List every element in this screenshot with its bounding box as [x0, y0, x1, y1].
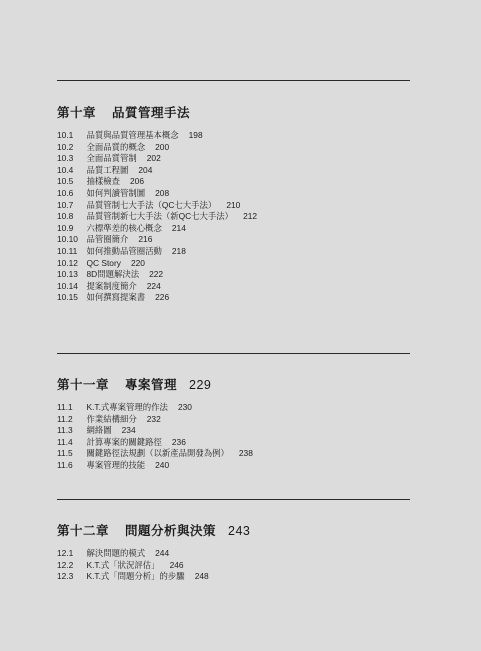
- section-title: 抽樣檢查: [87, 176, 121, 186]
- chapter-divider: [57, 353, 410, 354]
- chapter-number: 第十章: [57, 103, 96, 121]
- chapter-heading-12[interactable]: 第十二章問題分析與決策243: [57, 521, 250, 539]
- toc-item[interactable]: 12.1解決問題的模式244: [57, 548, 209, 560]
- section-number: 10.15: [57, 292, 87, 304]
- toc-item[interactable]: 12.3K.T.式「問題分析」的步驟248: [57, 571, 209, 583]
- section-page: 216: [138, 234, 152, 244]
- toc-item[interactable]: 11.2作業結構細分232: [57, 414, 253, 426]
- section-page: 248: [195, 571, 209, 581]
- section-number: 10.10: [57, 234, 87, 246]
- section-page: 238: [239, 448, 253, 458]
- section-number: 11.1: [57, 402, 87, 414]
- toc-item[interactable]: 10.1品質與品質管理基本概念198: [57, 130, 257, 142]
- section-number: 10.7: [57, 200, 87, 212]
- chapter-heading-11[interactable]: 第十一章專案管理229: [57, 375, 211, 393]
- section-page: 220: [131, 258, 145, 268]
- section-number: 11.6: [57, 460, 87, 472]
- chapter-heading-10[interactable]: 第十章品質管理手法: [57, 103, 190, 121]
- section-title: 計算專案的關鍵路徑: [87, 437, 162, 447]
- section-number: 11.2: [57, 414, 87, 426]
- section-number: 10.11: [57, 246, 87, 258]
- section-number: 11.3: [57, 425, 87, 437]
- section-page: 234: [122, 425, 136, 435]
- section-page: 208: [155, 188, 169, 198]
- toc-item[interactable]: 10.11如何推動品管圈活動218: [57, 246, 257, 258]
- section-title: K.T.式專案管理的作法: [87, 402, 168, 412]
- chapter-page: 243: [228, 524, 250, 538]
- section-page: 240: [155, 460, 169, 470]
- toc-item[interactable]: 10.5抽樣檢查206: [57, 176, 257, 188]
- section-page: 236: [172, 437, 186, 447]
- section-page: 226: [155, 292, 169, 302]
- section-number: 10.4: [57, 165, 87, 177]
- toc-item[interactable]: 11.4計算專案的關鍵路徑236: [57, 437, 253, 449]
- chapter-title: 問題分析與決策: [125, 524, 216, 538]
- toc-item[interactable]: 10.138D問題解決法222: [57, 269, 257, 281]
- toc-item[interactable]: 10.15如何撰寫提案書226: [57, 292, 257, 304]
- section-title: 品質工程圖: [87, 165, 129, 175]
- section-title: 專案管理的技能: [87, 460, 146, 470]
- toc-item[interactable]: 11.6專案管理的技能240: [57, 460, 253, 472]
- toc-item[interactable]: 10.3全面品質管制202: [57, 153, 257, 165]
- section-list-ch12: 12.1解決問題的模式244 12.2K.T.式「狀況評估」246 12.3K.…: [57, 548, 209, 583]
- section-title: 如何撰寫提案書: [87, 292, 146, 302]
- section-title: 提案制度簡介: [87, 281, 137, 291]
- section-title: K.T.式「問題分析」的步驟: [87, 571, 185, 581]
- section-title: 解決問題的模式: [87, 548, 146, 558]
- section-title: 品質與品質管理基本概念: [87, 130, 179, 140]
- section-number: 10.9: [57, 223, 87, 235]
- section-page: 198: [189, 130, 203, 140]
- section-number: 10.12: [57, 258, 87, 270]
- toc-item[interactable]: 10.4品質工程圖204: [57, 165, 257, 177]
- section-number: 10.3: [57, 153, 87, 165]
- toc-item[interactable]: 10.10品管圈簡介216: [57, 234, 257, 246]
- toc-item[interactable]: 11.1K.T.式專案管理的作法230: [57, 402, 253, 414]
- toc-item[interactable]: 10.9六標準差的核心概念214: [57, 223, 257, 235]
- toc-item[interactable]: 12.2K.T.式「狀況評估」246: [57, 560, 209, 572]
- section-page: 218: [172, 246, 186, 256]
- toc-item[interactable]: 10.6如何判讀管制圖208: [57, 188, 257, 200]
- section-page: 230: [178, 402, 192, 412]
- chapter-divider: [57, 80, 410, 81]
- toc-item[interactable]: 11.3網絡圖234: [57, 425, 253, 437]
- section-title: 作業結構細分: [87, 414, 137, 424]
- section-title: 8D問題解決法: [87, 269, 140, 279]
- section-number: 11.5: [57, 448, 87, 460]
- toc-item[interactable]: 10.7品質管制七大手法（QC七大手法）210: [57, 200, 257, 212]
- section-title: 品質管制七大手法（QC七大手法）: [87, 200, 217, 210]
- section-title: 全面品質管制: [87, 153, 137, 163]
- chapter-number: 第十二章: [57, 521, 109, 539]
- section-title: K.T.式「狀況評估」: [87, 560, 160, 570]
- section-page: 224: [147, 281, 161, 291]
- section-page: 204: [138, 165, 152, 175]
- toc-item[interactable]: 10.14提案制度簡介224: [57, 281, 257, 293]
- toc-item[interactable]: 11.5關鍵路徑法規劃（以新產品開發為例）238: [57, 448, 253, 460]
- section-page: 244: [155, 548, 169, 558]
- section-number: 11.4: [57, 437, 87, 449]
- toc-item[interactable]: 10.8品質管制新七大手法（新QC七大手法）212: [57, 211, 257, 223]
- section-page: 202: [147, 153, 161, 163]
- section-page: 222: [149, 269, 163, 279]
- chapter-page: 229: [189, 378, 211, 392]
- section-number: 10.14: [57, 281, 87, 293]
- section-page: 214: [172, 223, 186, 233]
- section-title: 如何判讀管制圖: [87, 188, 146, 198]
- toc-item[interactable]: 10.2全面品質的概念200: [57, 142, 257, 154]
- section-number: 10.2: [57, 142, 87, 154]
- section-title: 網絡圖: [87, 425, 112, 435]
- section-number: 12.1: [57, 548, 87, 560]
- section-title: 六標準差的核心概念: [87, 223, 162, 233]
- section-number: 10.13: [57, 269, 87, 281]
- section-title: 關鍵路徑法規劃（以新產品開發為例）: [87, 448, 229, 458]
- section-title: 全面品質的概念: [87, 142, 146, 152]
- chapter-divider: [57, 499, 410, 500]
- section-title: 如何推動品管圈活動: [87, 246, 162, 256]
- section-number: 10.1: [57, 130, 87, 142]
- section-title: 品管圈簡介: [87, 234, 129, 244]
- section-number: 10.8: [57, 211, 87, 223]
- section-page: 200: [155, 142, 169, 152]
- section-list-ch10: 10.1品質與品質管理基本概念198 10.2全面品質的概念200 10.3全面…: [57, 130, 257, 304]
- section-title: QC Story: [87, 258, 121, 268]
- section-number: 12.2: [57, 560, 87, 572]
- chapter-title: 專案管理: [125, 378, 177, 392]
- chapter-number: 第十一章: [57, 375, 109, 393]
- toc-item[interactable]: 10.12QC Story220: [57, 258, 257, 270]
- section-page: 212: [243, 211, 257, 221]
- section-title: 品質管制新七大手法（新QC七大手法）: [87, 211, 234, 221]
- section-page: 246: [170, 560, 184, 570]
- section-page: 206: [130, 176, 144, 186]
- chapter-title: 品質管理手法: [112, 106, 190, 120]
- section-number: 12.3: [57, 571, 87, 583]
- section-number: 10.5: [57, 176, 87, 188]
- section-number: 10.6: [57, 188, 87, 200]
- section-page: 232: [147, 414, 161, 424]
- section-list-ch11: 11.1K.T.式專案管理的作法230 11.2作業結構細分232 11.3網絡…: [57, 402, 253, 472]
- section-page: 210: [226, 200, 240, 210]
